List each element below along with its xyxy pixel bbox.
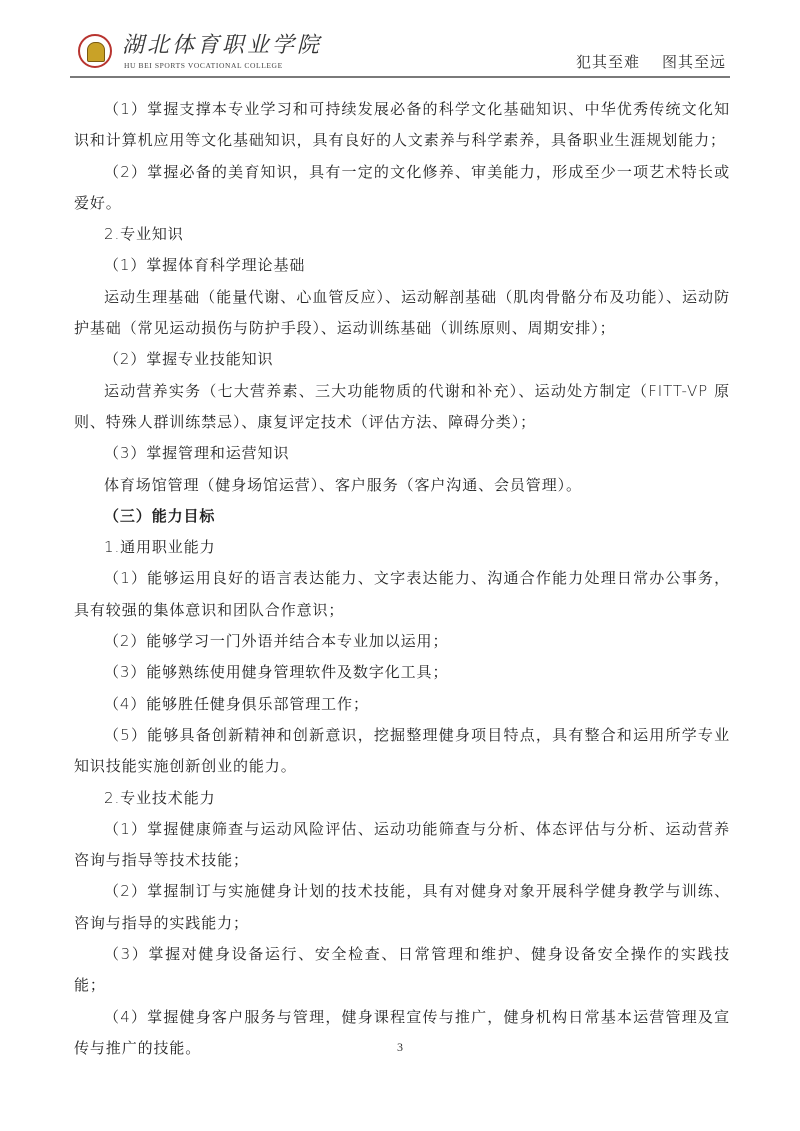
paragraph: （3）掌握对健身设备运行、安全检查、日常管理和维护、健身设备安全操作的实践技能； xyxy=(74,939,730,1002)
paragraph: （1）能够运用良好的语言表达能力、文字表达能力、沟通合作能力处理日常办公事务，具… xyxy=(74,563,730,626)
header-divider xyxy=(70,76,730,78)
motto-part-2: 图其至远 xyxy=(662,53,726,71)
paragraph: 体育场馆管理（健身场馆运营）、客户服务（客户沟通、会员管理）。 xyxy=(74,470,730,501)
paragraph: （1）掌握支撑本专业学习和可持续发展必备的科学文化基础知识、中华优秀传统文化知识… xyxy=(74,94,730,157)
motto: 犯其至难图其至远 xyxy=(576,51,726,72)
section-heading: （三）能力目标 xyxy=(74,501,730,532)
paragraph: （2）能够学习一门外语并结合本专业加以运用； xyxy=(74,626,730,657)
paragraph: （5）能够具备创新精神和创新意识，挖掘整理健身项目特点，具有整合和运用所学专业知… xyxy=(74,720,730,783)
school-name-en: HU BEI SPORTS VOCATIONAL COLLEGE xyxy=(124,61,283,70)
paragraph: （1）掌握健康筛查与运动风险评估、运动功能筛查与分析、体态评估与分析、运动营养咨… xyxy=(74,814,730,877)
paragraph: （2）掌握专业技能知识 xyxy=(74,344,730,375)
paragraph: 运动生理基础（能量代谢、心血管反应）、运动解剖基础（肌肉骨骼分布及功能）、运动防… xyxy=(74,282,730,345)
logo-emblem-icon xyxy=(87,42,105,62)
paragraph: （3）掌握管理和运营知识 xyxy=(74,438,730,469)
paragraph: （3）能够熟练使用健身管理软件及数字化工具； xyxy=(74,657,730,688)
page-number: 3 xyxy=(0,1040,800,1055)
motto-part-1: 犯其至难 xyxy=(576,53,640,71)
paragraph: （2）掌握制订与实施健身计划的技术技能，具有对健身对象开展科学健身教学与训练、咨… xyxy=(74,876,730,939)
school-name-cn: 湖北体育职业学院 xyxy=(122,34,322,58)
document-body: （1）掌握支撑本专业学习和可持续发展必备的科学文化基础知识、中华优秀传统文化知识… xyxy=(74,94,730,1064)
paragraph: （4）能够胜任健身俱乐部管理工作； xyxy=(74,689,730,720)
paragraph: （2）掌握必备的美育知识，具有一定的文化修养、审美能力，形成至少一项艺术特长或爱… xyxy=(74,157,730,220)
subheading: 2.专业知识 xyxy=(74,219,730,250)
page-header: 湖北体育职业学院 HU BEI SPORTS VOCATIONAL COLLEG… xyxy=(70,28,730,76)
paragraph: （1）掌握体育科学理论基础 xyxy=(74,250,730,281)
subheading: 2.专业技术能力 xyxy=(74,783,730,814)
college-logo-icon xyxy=(78,34,112,68)
paragraph: 运动营养实务（七大营养素、三大功能物质的代谢和补充）、运动处方制定（FITT-V… xyxy=(74,376,730,439)
subheading: 1.通用职业能力 xyxy=(74,532,730,563)
